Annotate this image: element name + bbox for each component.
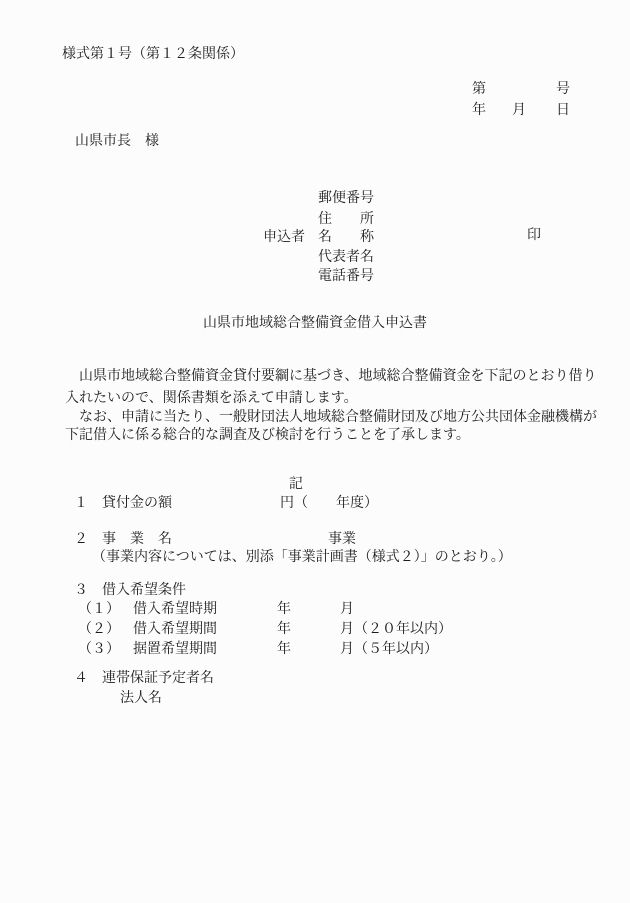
applicant-address-label: 住 所 [318, 211, 374, 228]
item4-number: ４ [74, 670, 88, 687]
item1-number: １ [74, 495, 88, 512]
body-line: なお、申請に当たり、一般財団法人地域総合整備財団及び地方公共団体金融機構が [65, 409, 597, 426]
doc-number-prefix: 第 [472, 81, 486, 98]
item3-row2-label: 借入希望期間 [133, 621, 217, 638]
item2-value-suffix: 事業 [328, 531, 356, 548]
item3-row2-number: （２） [78, 621, 120, 638]
item3-row3-label: 据置希望期間 [133, 641, 217, 658]
item2-note: （事業内容については、別添「事業計画書（様式２）」のとおり。） [92, 549, 512, 566]
item3-number: ３ [74, 582, 88, 599]
applicant-phone-label: 電話番号 [318, 268, 374, 285]
item3-row1-label: 借入希望時期 [133, 601, 217, 618]
body-line: 入れたいので、関係書類を添えて申請します。 [65, 390, 358, 407]
seal-mark: 印 [527, 227, 541, 244]
item3-row1-month: 月 [340, 601, 354, 618]
date-day-label: 日 [556, 102, 570, 119]
item3-label: 借入希望条件 [102, 582, 186, 599]
application-form-page: 様式第１号（第１２条関係） 第 号 年 月 日 山県市長 様 郵便番号 住 所 … [0, 0, 630, 903]
date-month-label: 月 [512, 102, 526, 119]
item3-row3-year: 年 [277, 641, 291, 658]
item3-row3-month: 月（５年以内） [340, 641, 438, 658]
applicant-postal-label: 郵便番号 [318, 190, 374, 207]
record-mark: 記 [289, 476, 303, 493]
item3-row3-number: （３） [78, 641, 120, 658]
document-title: 山県市地域総合整備資金借入申込書 [0, 315, 630, 332]
item3-row1-number: （１） [78, 601, 120, 618]
item4-sub-label: 法人名 [120, 690, 162, 707]
applicant-name-label: 名 称 [318, 229, 374, 246]
item3-row2-month: 月（２０年以内） [340, 621, 452, 638]
applicant-representative-label: 代表者名 [318, 249, 374, 266]
item3-row1-year: 年 [277, 601, 291, 618]
applicant-role-label: 申込者 [263, 229, 305, 246]
item1-value-suffix: 円（ 年度） [280, 495, 378, 512]
body-line: 下記借入に係る総合的な調査及び検討を行うことを了承します。 [65, 427, 470, 444]
item1-label: 貸付金の額 [102, 495, 172, 512]
body-line: 山県市地域総合整備資金貸付要綱に基づき、地域総合整備資金を下記のとおり借り [65, 368, 596, 385]
form-number: 様式第１号（第１２条関係） [62, 46, 244, 63]
item3-row2-year: 年 [277, 621, 291, 638]
date-year-label: 年 [472, 102, 486, 119]
item2-number: ２ [74, 531, 88, 548]
item4-label: 連帯保証予定者名 [102, 670, 214, 687]
addressee: 山県市長 様 [75, 133, 159, 150]
doc-number-suffix: 号 [556, 81, 570, 98]
item2-label: 事 業 名 [102, 531, 172, 548]
